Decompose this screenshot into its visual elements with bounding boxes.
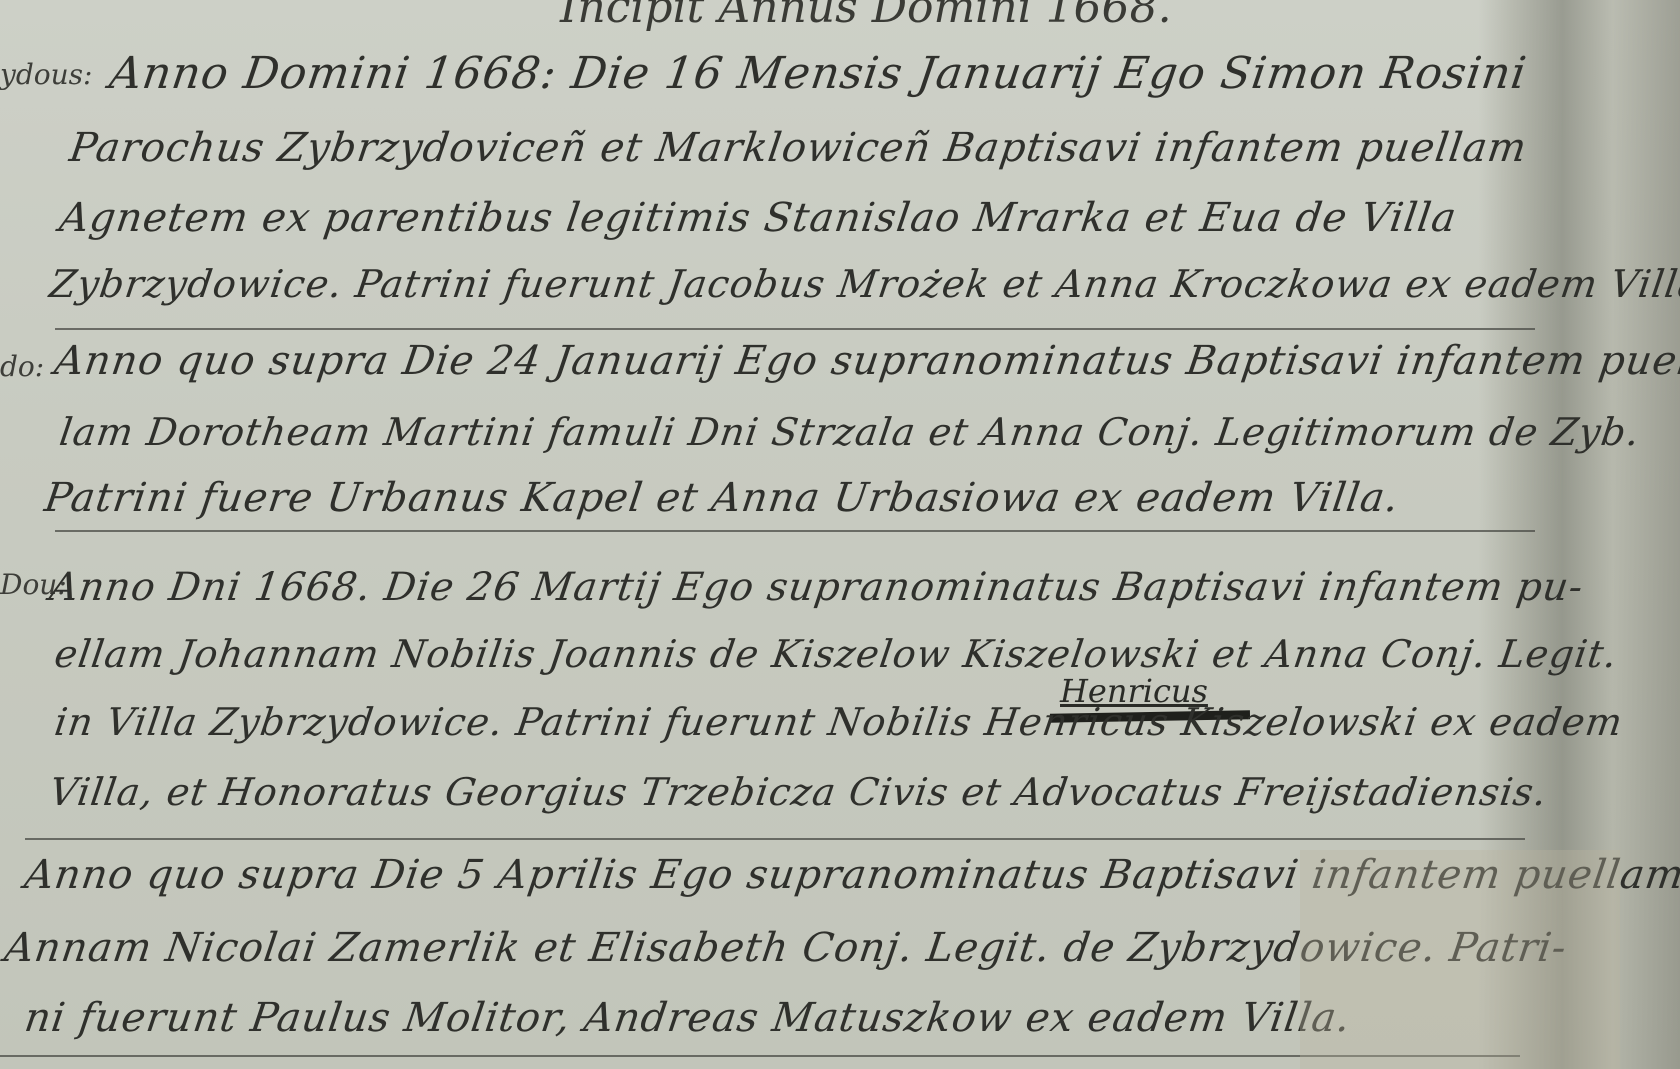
entry-3-line-3: in Villa Zybrzydowice. Patrini fuerunt N… (52, 700, 1626, 744)
entry-1-line-1: Anno Domini 1668: Die 16 Mensis Januarij… (106, 48, 1530, 99)
entry-divider-3 (25, 838, 1525, 840)
entry-2-line-1: Anno quo supra Die 24 Januarij Ego supra… (52, 338, 1680, 384)
entry-3-line-4: Villa, et Honoratus Georgius Trzebicza C… (47, 770, 1550, 814)
entry-divider-4 (0, 1055, 1520, 1057)
entry-divider-1 (55, 328, 1535, 330)
entry-4-line-3: ni fuerunt Paulus Molitor, Andreas Matus… (22, 995, 1354, 1041)
margin-note-entry-1: ydous: (0, 58, 92, 91)
entry-3-line-2: ellam Johannam Nobilis Joannis de Kiszel… (52, 632, 1620, 676)
entry-2-line-3: Patrini fuere Urbanus Kapel et Anna Urba… (42, 475, 1402, 521)
margin-note-entry-2: do: (0, 350, 44, 383)
manuscript-page: Incipit Annus Domini 1668. ydous: Anno D… (0, 0, 1680, 1069)
entry-divider-2 (55, 530, 1535, 532)
entry-4-line-1: Anno quo supra Die 5 Aprilis Ego suprano… (22, 852, 1680, 898)
entry-1-line-2: Parochus Zybrzydoviceñ et Marklowiceñ Ba… (67, 125, 1530, 171)
entry-4-line-2: Annam Nicolai Zamerlik et Elisabeth Conj… (2, 925, 1570, 971)
entry-3-line-1: Anno Dni 1668. Die 26 Martij Ego suprano… (47, 565, 1587, 610)
entry-1-line-3: Agnetem ex parentibus legitimis Stanisla… (57, 195, 1460, 241)
entry-1-line-4: Zybrzydowice. Patrini fuerunt Jacobus Mr… (47, 262, 1680, 306)
header-fragment: Incipit Annus Domini 1668. (560, 0, 1172, 33)
entry-2-line-2: lam Dorotheam Martini famuli Dni Strzala… (57, 410, 1643, 454)
